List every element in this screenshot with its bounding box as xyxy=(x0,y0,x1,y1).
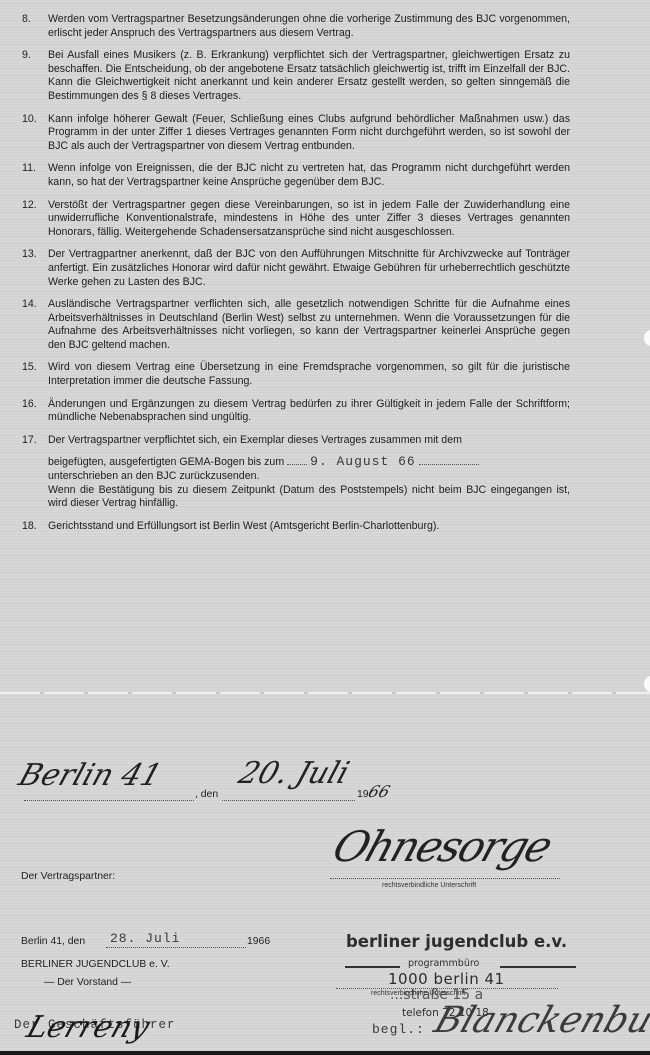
contract-clauses: 8.Werden vom Vertragspartner Besetzungsä… xyxy=(22,13,570,542)
clause-9: 9.Bei Ausfall eines Musikers (z. B. Erkr… xyxy=(22,49,570,103)
manager-signature: Lerreny xyxy=(22,1010,154,1045)
signature-caption: rechtsverbindliche Unterschrift xyxy=(382,882,476,889)
certified-label: begl.: xyxy=(372,1022,425,1037)
org-name: BERLINER JUGENDCLUB e. V. xyxy=(21,959,170,970)
partner-label: Der Vertragspartner: xyxy=(21,871,115,882)
club-date-typed: 28. Juli xyxy=(110,931,180,946)
handwritten-year: 66 xyxy=(366,782,393,801)
clause-8: 8.Werden vom Vertragspartner Besetzungsä… xyxy=(22,13,570,40)
partner-signature: Ohnesorge xyxy=(327,822,557,871)
punch-hole xyxy=(644,330,650,346)
scan-edge xyxy=(0,1051,650,1055)
clause-15: 15.Wird von diesem Vertrag eine Übersetz… xyxy=(22,361,570,388)
board-label: — Der Vorstand — xyxy=(44,977,131,988)
contract-page: 8.Werden vom Vertragspartner Besetzungsä… xyxy=(0,0,650,1052)
clause-11: 11.Wenn infolge von Ereignissen, die der… xyxy=(22,162,570,189)
return-deadline-field: 9. August 66 xyxy=(310,454,416,469)
punch-hole xyxy=(644,676,650,692)
clause-17: 17. Der Vertragspartner verpflichtet sic… xyxy=(22,434,570,511)
stamp-city: 1000 berlin 41 xyxy=(388,970,505,988)
handwritten-place: Berlin 41 xyxy=(14,758,166,793)
certifier-signature: Blanckenburg xyxy=(429,1000,650,1041)
den-label: , den xyxy=(195,789,218,800)
club-stamp-name: berliner jugendclub e.v. xyxy=(346,932,567,951)
clause-16: 16.Änderungen und Ergänzungen zu diesem … xyxy=(22,398,570,425)
clause-10: 10.Kann infolge höherer Gewalt (Feuer, S… xyxy=(22,113,570,154)
clause-12: 12.Verstößt der Vertragspartner gegen di… xyxy=(22,199,570,240)
handwritten-date: 20. Juli xyxy=(234,756,353,791)
paper-fold-line xyxy=(0,692,650,694)
clause-18: 18.Gerichtsstand und Erfüllungsort ist B… xyxy=(22,520,570,534)
clause-14: 14.Ausländische Vertragspartner verflich… xyxy=(22,298,570,352)
clause-13: 13.Der Vertragpartner anerkennt, daß der… xyxy=(22,248,570,289)
